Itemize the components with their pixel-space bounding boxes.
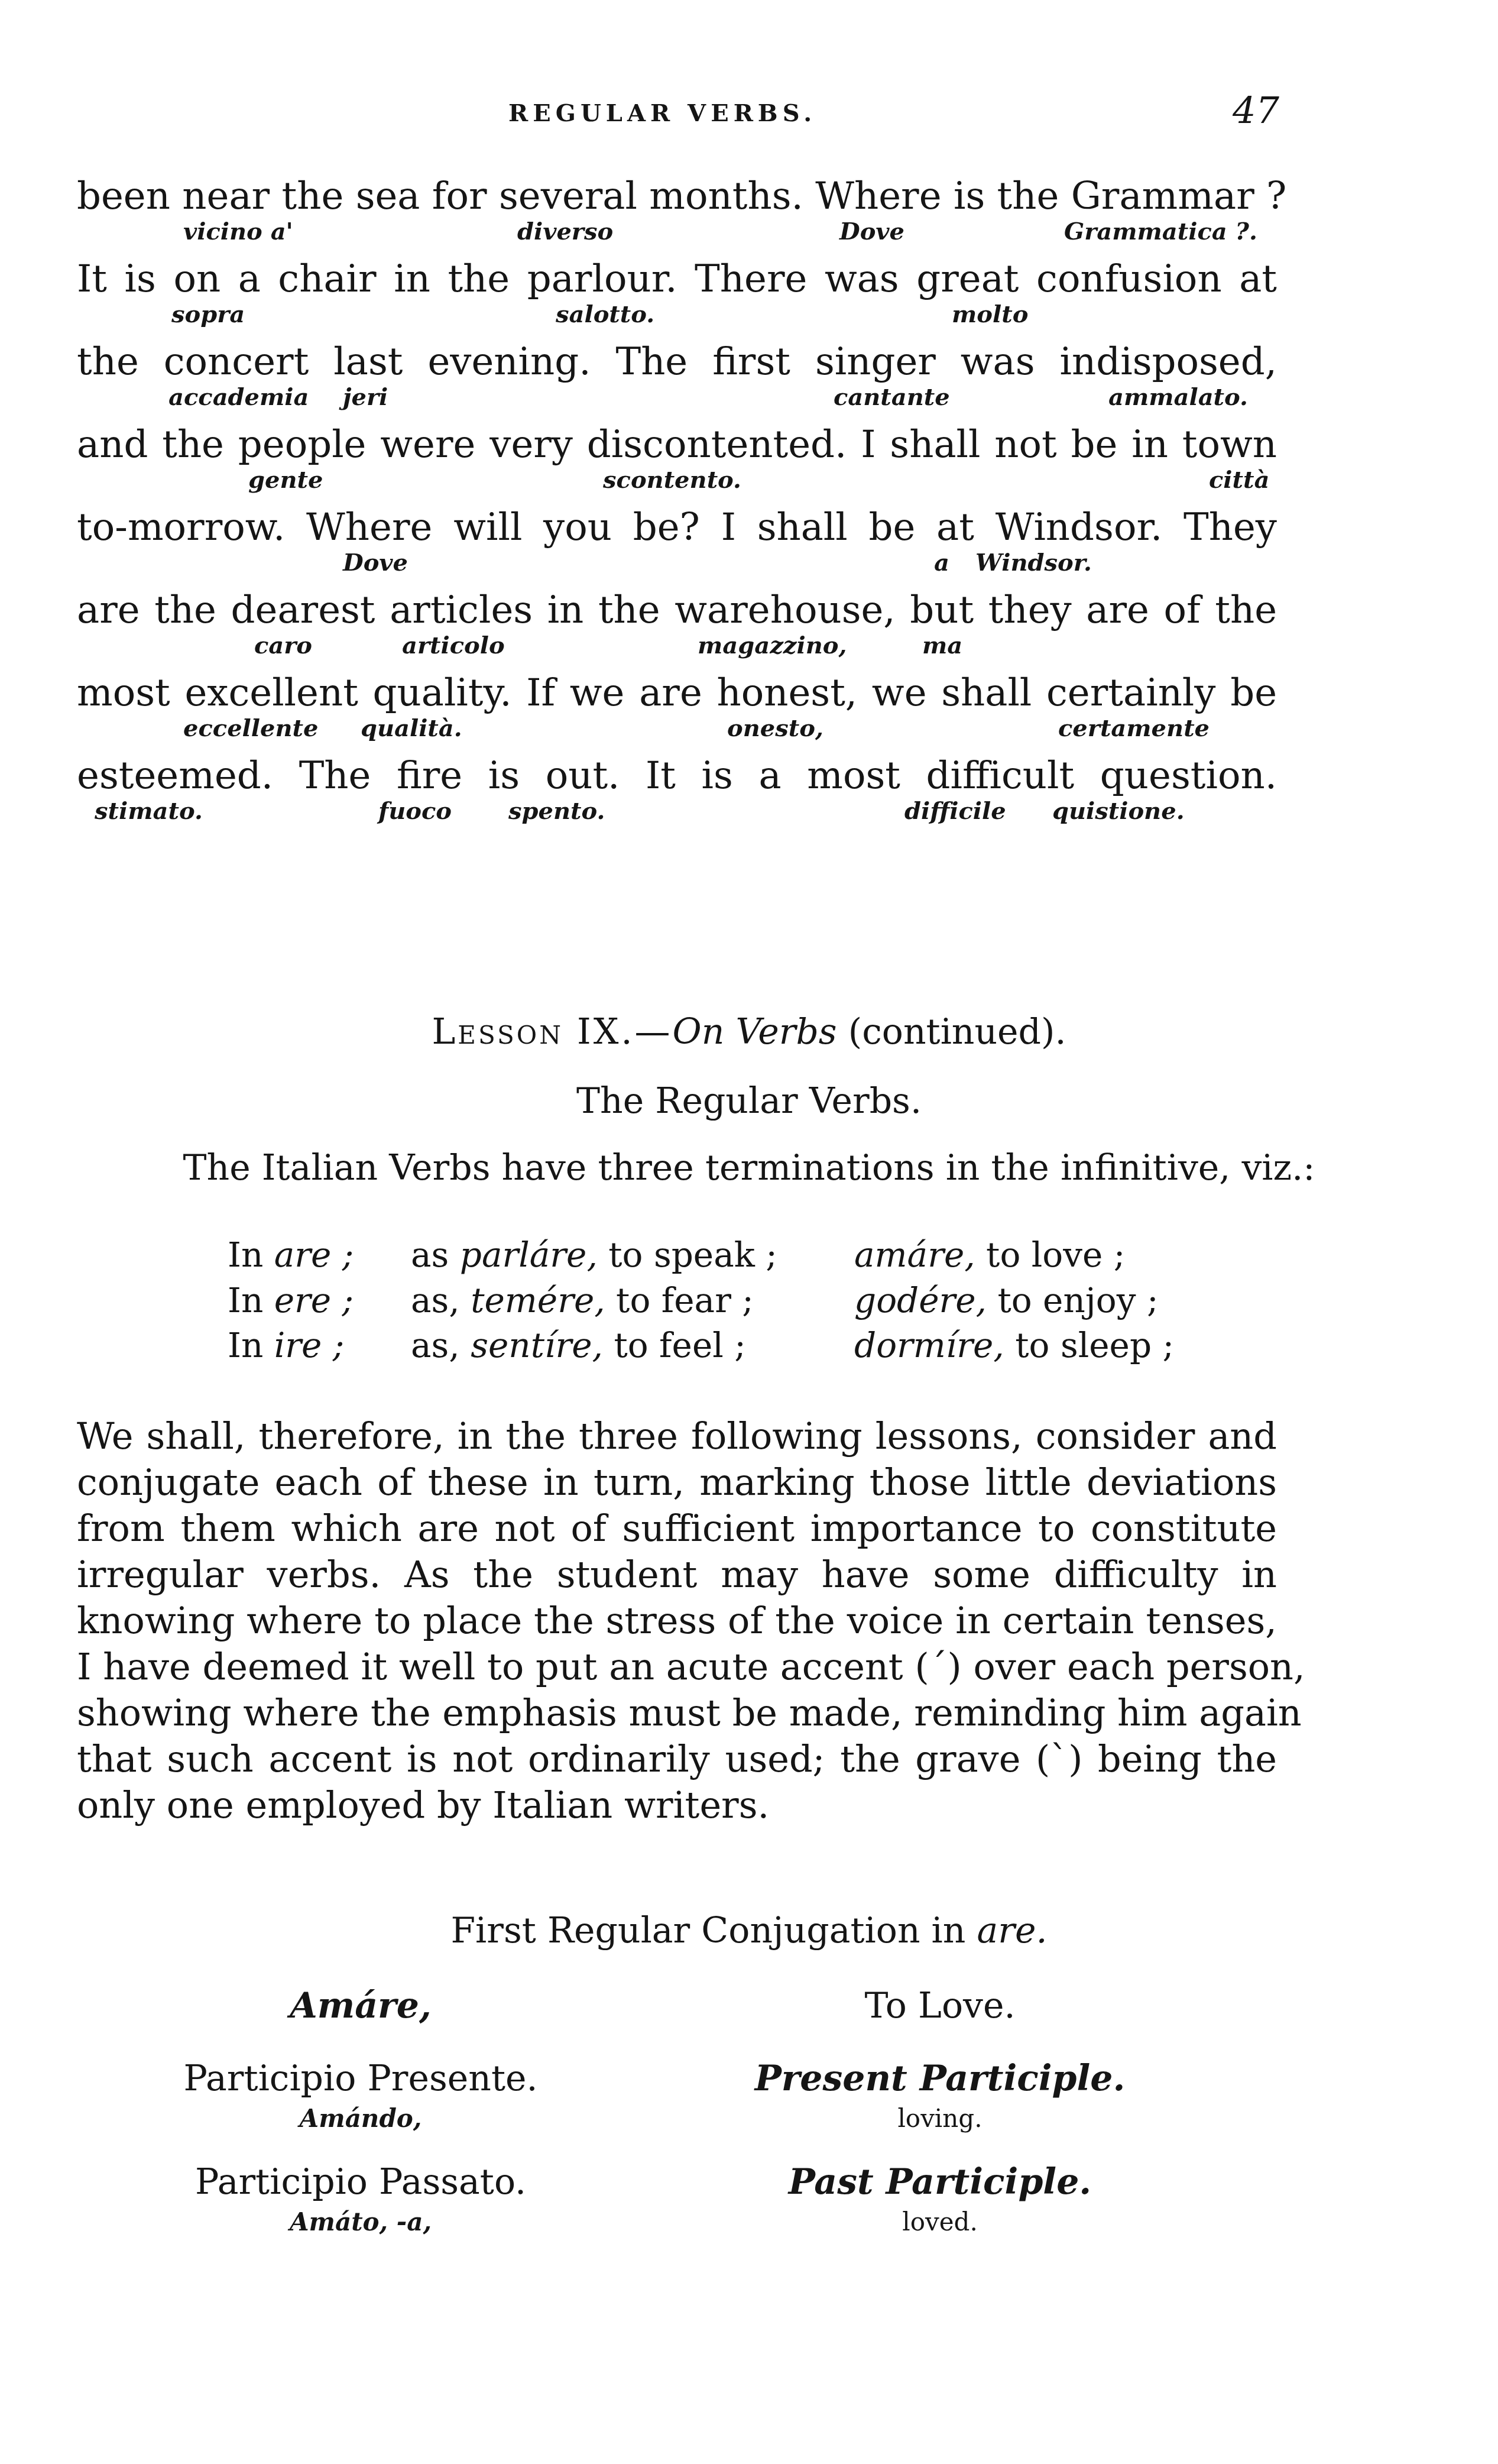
termination-cell: In are ; <box>228 1238 354 1272</box>
paragraph-line: that such accent is not ordinarily used;… <box>77 1741 1277 1777</box>
gloss-word: sopra <box>171 303 245 326</box>
example-verb: temére, <box>471 1280 605 1320</box>
example-meaning: to sleep ; <box>1004 1325 1174 1365</box>
participle-label-english: Present Participle. <box>644 2058 1236 2099</box>
gloss-word: stimato. <box>95 799 203 823</box>
running-head: REGULAR VERBS. <box>508 99 816 127</box>
example-cell-2: amáre, to love ; <box>854 1238 1125 1272</box>
gloss-word: cantante <box>834 386 950 409</box>
paragraph-line: We shall, therefore, in the three follow… <box>77 1418 1277 1455</box>
termination-label: In <box>228 1325 274 1365</box>
example-meaning: to love ; <box>975 1235 1126 1275</box>
termination-cell: In ire ; <box>228 1328 344 1362</box>
example-verb: parláre, <box>460 1235 598 1275</box>
example-prefix: as, <box>411 1280 471 1320</box>
gloss-word: ma <box>922 634 962 658</box>
infinitive-italian: Amáre, <box>65 1985 656 2026</box>
participle-form-italian: Amándo, <box>65 2104 656 2133</box>
lesson-heading: Lesson IX.—On Verbs (continued). <box>0 1014 1498 1050</box>
gloss-word: Grammatica ?. <box>1064 220 1257 244</box>
termination-cell: In ere ; <box>228 1283 354 1317</box>
exercise-line: most excellent quality. If we are honest… <box>77 674 1277 712</box>
exercise-line: are the dearest articles in the warehous… <box>77 591 1277 629</box>
lesson-subtitle: The Regular Verbs. <box>0 1083 1498 1119</box>
gloss-word: diverso <box>517 220 613 244</box>
gloss-word: certamente <box>1058 717 1210 740</box>
example-meaning: to fear ; <box>605 1280 754 1320</box>
exercise-line: the concert last evening. The first sing… <box>77 343 1277 381</box>
exercise-line: and the people were very discontented. I… <box>77 426 1277 464</box>
gloss-word: quistione. <box>1052 799 1185 823</box>
exercise-line: It is on a chair in the parlour. There w… <box>77 260 1277 298</box>
gloss-word: spento. <box>508 799 605 823</box>
example-cell-1: as, sentíre, to feel ; <box>411 1328 746 1362</box>
page-number: 47 <box>1233 89 1279 132</box>
gloss-word: magazzino, <box>698 634 847 658</box>
gloss-word: jeri <box>343 386 388 409</box>
example-verb: sentíre, <box>471 1325 603 1365</box>
example-meaning: to speak ; <box>598 1235 777 1275</box>
gloss-word: eccellente <box>183 717 318 740</box>
gloss-word: Dove <box>343 551 408 575</box>
example-cell-2: godére, to enjoy ; <box>854 1283 1158 1317</box>
gloss-word: difficile <box>904 799 1006 823</box>
example-cell-1: as parláre, to speak ; <box>411 1238 777 1272</box>
termination-label: In <box>228 1280 274 1320</box>
gloss-word: Dove <box>839 220 904 244</box>
gloss-word: scontento. <box>603 468 741 492</box>
example-verb: amáre, <box>854 1235 975 1275</box>
gloss-word: articolo <box>402 634 505 658</box>
participle-label-italian: Participio Presente. <box>65 2058 656 2099</box>
example-cell-2: dormíre, to sleep ; <box>854 1328 1174 1362</box>
participle-label-english: Past Participle. <box>644 2161 1236 2203</box>
gloss-word: accademia <box>168 386 309 409</box>
gloss-word: onesto, <box>727 717 823 740</box>
gloss-word: gente <box>248 468 323 492</box>
termination-ending: ire ; <box>274 1325 345 1365</box>
gloss-word: Windsor. <box>975 551 1092 575</box>
termination-label: In <box>228 1235 274 1275</box>
gloss-word: qualità. <box>361 717 462 740</box>
paragraph-line: knowing where to place the stress of the… <box>77 1602 1277 1639</box>
gloss-word: città <box>1209 468 1269 492</box>
gloss-word: ammalato. <box>1108 386 1248 409</box>
participle-form-italian: Amáto, -a, <box>65 2207 656 2236</box>
gloss-word: caro <box>254 634 312 658</box>
paragraph-line: irregular verbs. As the student may have… <box>77 1556 1277 1593</box>
gloss-word: a <box>934 551 949 575</box>
infinitive-english: To Love. <box>644 1985 1236 2026</box>
lesson-heading-suffix: (continued). <box>837 1011 1066 1053</box>
conjugation-title: First Regular Conjugation in are. <box>0 1913 1498 1948</box>
lesson-heading-italic: On Verbs <box>673 1011 837 1053</box>
lesson-intro: The Italian Verbs have three termination… <box>0 1150 1498 1186</box>
example-meaning: to enjoy ; <box>987 1280 1158 1320</box>
exercise-line: esteemed. The fire is out. It is a most … <box>77 757 1277 795</box>
example-verb: godére, <box>854 1280 987 1320</box>
participle-form-english: loving. <box>644 2104 1236 2133</box>
example-verb: dormíre, <box>854 1325 1004 1365</box>
conjugation-title-text: First Regular Conjugation in <box>450 1910 977 1951</box>
exercise-line: to-morrow. Where will you be? I shall be… <box>77 509 1277 546</box>
paragraph-line: from them which are not of sufficient im… <box>77 1510 1277 1547</box>
gloss-word: vicino a' <box>183 220 293 244</box>
paragraph-line: showing where the emphasis must be made,… <box>77 1695 1277 1731</box>
gloss-word: molto <box>952 303 1028 326</box>
lesson-heading-prefix: Lesson IX.— <box>432 1011 672 1053</box>
example-prefix: as, <box>411 1325 471 1365</box>
paragraph-line: only one employed by Italian writers. <box>77 1787 1277 1824</box>
exercise-line: been near the sea for several months. Wh… <box>77 177 1277 215</box>
example-meaning: to feel ; <box>603 1325 746 1365</box>
example-cell-1: as, temére, to fear ; <box>411 1283 754 1317</box>
participle-label-italian: Participio Passato. <box>65 2161 656 2203</box>
participle-form-english: loved. <box>644 2207 1236 2236</box>
paragraph-line: conjugate each of these in turn, marking… <box>77 1464 1277 1501</box>
example-prefix: as <box>411 1235 460 1275</box>
conjugation-title-ending: are. <box>977 1910 1048 1951</box>
gloss-word: salotto. <box>556 303 654 326</box>
paragraph-line: I have deemed it well to put an acute ac… <box>77 1649 1277 1685</box>
gloss-word: fuoco <box>378 799 452 823</box>
termination-ending: ere ; <box>274 1280 354 1320</box>
termination-ending: are ; <box>274 1235 354 1275</box>
